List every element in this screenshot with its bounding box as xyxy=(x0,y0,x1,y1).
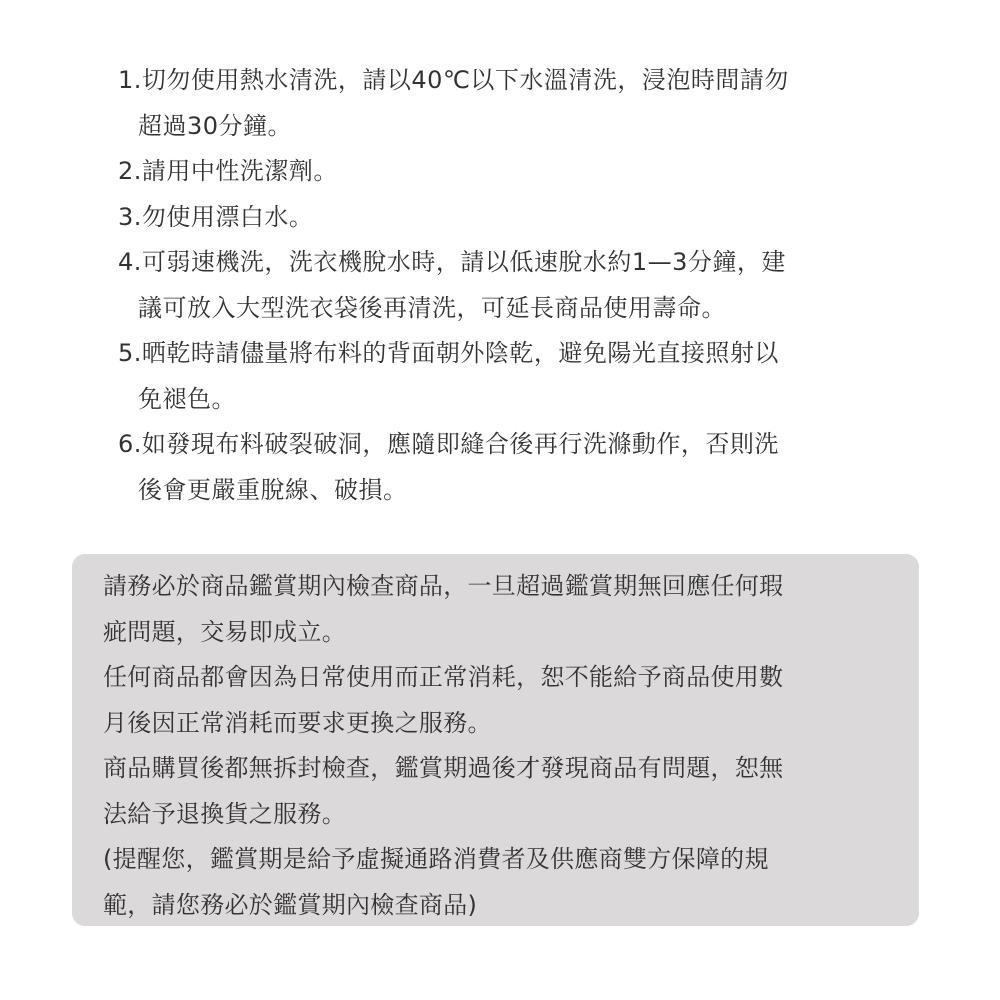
notice-line: (提醒您，鑑賞期是給予虛擬通路消費者及供應商雙方保障的規 xyxy=(103,837,919,883)
care-item-line: 6.如發現布料破裂破洞，應隨即縫合後再行洗滌動作，否則洗 xyxy=(118,422,898,468)
care-item-2: 2.請用中性洗潔劑。 xyxy=(118,149,898,195)
care-item-line: 4.可弱速機洗，洗衣機脫水時，請以低速脫水約1—3分鐘，建 xyxy=(118,240,898,286)
notice-line: 範，請您務必於鑑賞期內檢查商品) xyxy=(103,883,919,929)
care-item-line: 議可放入大型洗衣袋後再清洗，可延長商品使用壽命。 xyxy=(118,286,898,332)
notice-line: 任何商品都會因為日常使用而正常消耗，恕不能給予商品使用數 xyxy=(103,655,919,701)
notice-line: 月後因正常消耗而要求更換之服務。 xyxy=(103,701,919,747)
care-item-line: 2.請用中性洗潔劑。 xyxy=(118,149,898,195)
care-item-line: 3.勿使用漂白水。 xyxy=(118,195,898,241)
inspection-notice-box: 請務必於商品鑑賞期內檢查商品，一旦超過鑑賞期無回應任何瑕 疵問題，交易即成立。 … xyxy=(72,554,919,926)
care-instructions-list: 1.切勿使用熱水清洗，請以40℃以下水溫清洗，浸泡時間請勿 超過30分鐘。 2.… xyxy=(118,58,898,513)
care-item-line: 免褪色。 xyxy=(118,377,898,423)
notice-line: 法給予退換貨之服務。 xyxy=(103,792,919,838)
care-item-1: 1.切勿使用熱水清洗，請以40℃以下水溫清洗，浸泡時間請勿 超過30分鐘。 xyxy=(118,58,898,149)
care-item-line: 超過30分鐘。 xyxy=(118,104,898,150)
notice-line: 請務必於商品鑑賞期內檢查商品，一旦超過鑑賞期無回應任何瑕 xyxy=(103,564,919,610)
notice-paragraph-no-return: 商品購買後都無拆封檢查，鑑賞期過後才發現商品有問題，恕無 法給予退換貨之服務。 xyxy=(103,746,919,837)
care-item-line: 1.切勿使用熱水清洗，請以40℃以下水溫清洗，浸泡時間請勿 xyxy=(118,58,898,104)
care-item-4: 4.可弱速機洗，洗衣機脫水時，請以低速脫水約1—3分鐘，建 議可放入大型洗衣袋後… xyxy=(118,240,898,331)
notice-paragraph-reminder: (提醒您，鑑賞期是給予虛擬通路消費者及供應商雙方保障的規 範，請您務必於鑑賞期內… xyxy=(103,837,919,928)
notice-line: 商品購買後都無拆封檢查，鑑賞期過後才發現商品有問題，恕無 xyxy=(103,746,919,792)
notice-paragraph-inspection-period: 請務必於商品鑑賞期內檢查商品，一旦超過鑑賞期無回應任何瑕 疵問題，交易即成立。 xyxy=(103,564,919,655)
care-item-3: 3.勿使用漂白水。 xyxy=(118,195,898,241)
care-item-5: 5.晒乾時請儘量將布料的背面朝外陰乾，避免陽光直接照射以 免褪色。 xyxy=(118,331,898,422)
notice-paragraph-normal-wear: 任何商品都會因為日常使用而正常消耗，恕不能給予商品使用數 月後因正常消耗而要求更… xyxy=(103,655,919,746)
care-item-6: 6.如發現布料破裂破洞，應隨即縫合後再行洗滌動作，否則洗 後會更嚴重脫線、破損。 xyxy=(118,422,898,513)
care-item-line: 後會更嚴重脫線、破損。 xyxy=(118,468,898,514)
notice-line: 疵問題，交易即成立。 xyxy=(103,610,919,656)
care-item-line: 5.晒乾時請儘量將布料的背面朝外陰乾，避免陽光直接照射以 xyxy=(118,331,898,377)
